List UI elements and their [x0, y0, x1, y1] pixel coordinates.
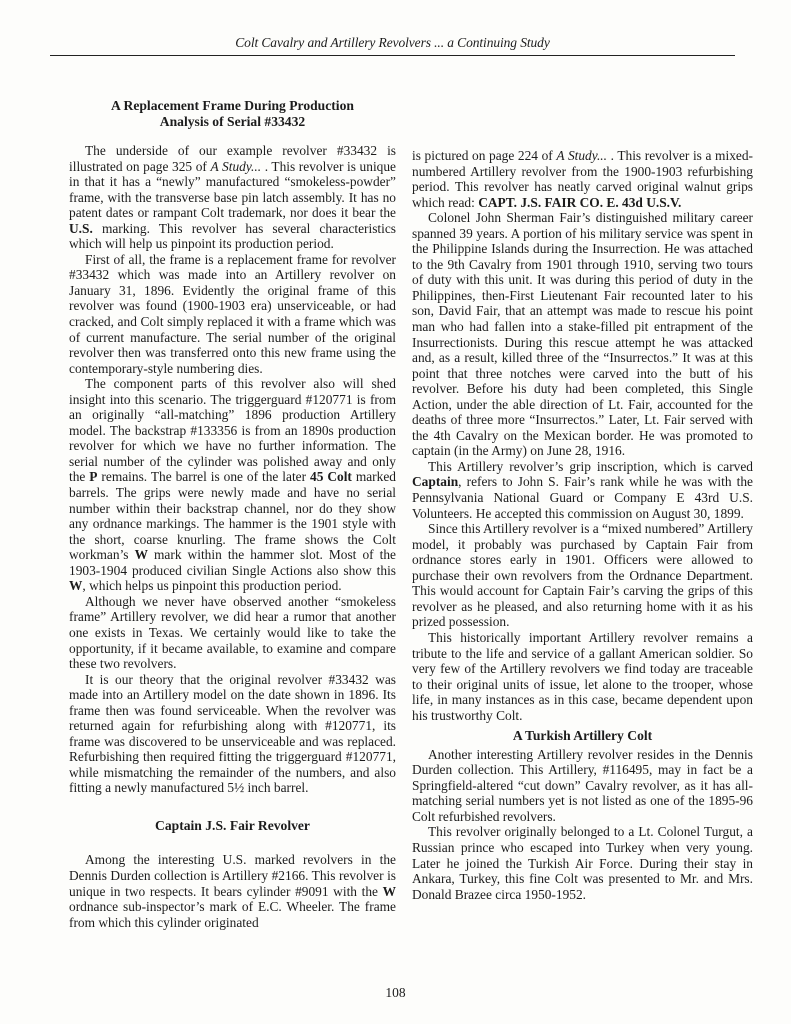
paragraph: Since this Artillery revolver is a “mixe…: [412, 521, 753, 630]
bold-text: U.S.: [69, 221, 93, 236]
heading-line-2: Analysis of Serial #33432: [160, 114, 305, 129]
paragraph: The component parts of this revolver als…: [69, 376, 396, 594]
text: remains. The barrel is one of the later: [97, 469, 310, 484]
left-column: A Replacement Frame During Production An…: [69, 98, 396, 930]
section-heading: A Replacement Frame During Production An…: [69, 98, 396, 129]
text: The component parts of this revolver als…: [69, 376, 396, 484]
paragraph: Although we never have observed another …: [69, 594, 396, 672]
bold-text: W: [135, 547, 148, 562]
paragraph: Among the interesting U.S. marked revolv…: [69, 852, 396, 930]
paragraph: This Artillery revolver’s grip inscripti…: [412, 459, 753, 521]
grip-inscription: CAPT. J.S. FAIR CO. E. 43d U.S.V.: [478, 195, 681, 210]
text: Among the interesting U.S. marked revolv…: [69, 852, 396, 898]
page-number: 108: [0, 985, 791, 1001]
book-title: A Study...: [556, 148, 610, 163]
text: ordnance sub-inspector’s mark of E.C. Wh…: [69, 899, 396, 930]
subheading: A Turkish Artillery Colt: [412, 728, 753, 744]
book-title: A Study...: [210, 159, 264, 174]
paragraph: is pictured on page 224 of A Study... . …: [412, 148, 753, 210]
paragraph: Another interesting Artillery revolver r…: [412, 747, 753, 825]
paragraph: It is our theory that the original revol…: [69, 672, 396, 796]
header-rule: [50, 55, 735, 56]
paragraph: The underside of our example revolver #3…: [69, 143, 396, 252]
text: marking. This revolver has several chara…: [69, 221, 396, 252]
bold-text: W: [383, 884, 396, 899]
paragraph: Colonel John Sherman Fair’s distinguishe…: [412, 210, 753, 459]
text: is pictured on page 224 of: [412, 148, 556, 163]
bold-text: 45 Colt: [310, 469, 352, 484]
running-head: Colt Cavalry and Artillery Revolvers ...…: [50, 35, 735, 51]
text: This Artillery revolver’s grip inscripti…: [428, 459, 753, 474]
paragraph: This revolver originally belonged to a L…: [412, 824, 753, 902]
subheading: Captain J.S. Fair Revolver: [69, 818, 396, 834]
right-column: is pictured on page 224 of A Study... . …: [412, 148, 753, 902]
bold-text: Captain: [412, 474, 458, 489]
paragraph: This historically important Artillery re…: [412, 630, 753, 723]
text: , which helps us pinpoint this productio…: [82, 578, 341, 593]
paragraph: First of all, the frame is a replacement…: [69, 252, 396, 376]
text: , refers to John S. Fair’s rank while he…: [412, 474, 753, 520]
bold-text: W: [69, 578, 82, 593]
heading-line-1: A Replacement Frame During Production: [111, 98, 354, 113]
